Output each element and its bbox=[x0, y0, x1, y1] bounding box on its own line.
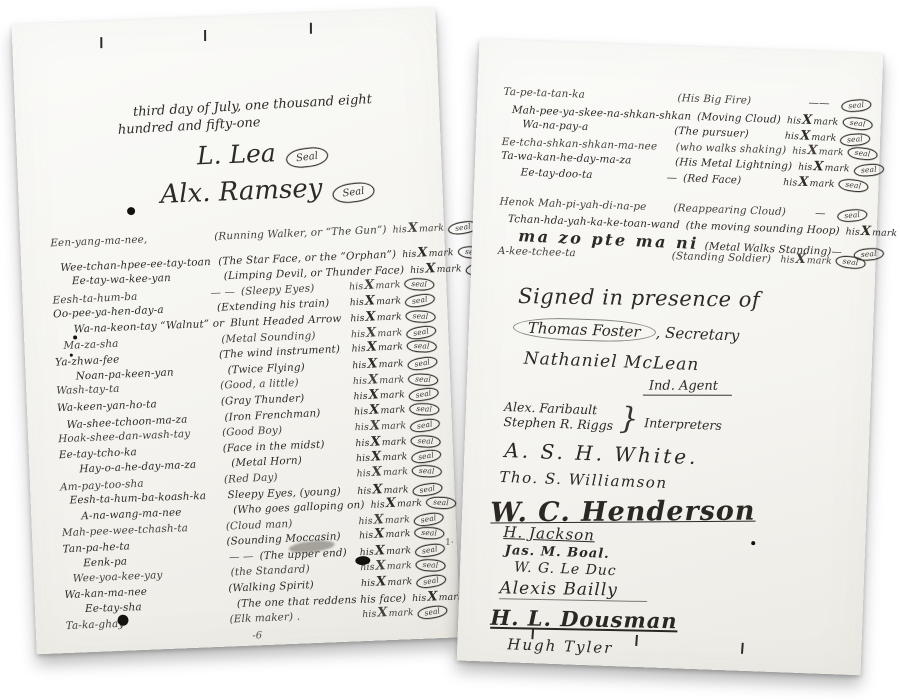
x-mark: X bbox=[367, 387, 380, 402]
margin-mark: 1· bbox=[445, 538, 454, 555]
his-word: his bbox=[402, 248, 417, 260]
mark-word: mark bbox=[377, 327, 402, 339]
x-mark: X bbox=[406, 221, 419, 236]
signer-translation: (Running Walker, or “The Gun”) bbox=[214, 224, 387, 243]
witness-secretary: Thomas Foster, Secretary bbox=[513, 318, 863, 349]
mark-word: mark bbox=[385, 528, 411, 540]
x-mark: X bbox=[372, 512, 385, 527]
dash-mark: — — bbox=[229, 550, 254, 563]
his-word: his bbox=[352, 360, 367, 372]
mark-word: mark bbox=[388, 607, 413, 619]
mark-word: mark bbox=[383, 466, 409, 478]
mark-word: mark bbox=[428, 247, 453, 259]
his-word: his bbox=[358, 515, 373, 527]
seal-text: seal bbox=[860, 165, 876, 175]
interpreter-name: Stephen R. Riggs bbox=[503, 414, 613, 433]
signer-name: Een-yang-ma-nee, bbox=[50, 231, 208, 249]
interpreter-names: Alex. Faribault Stephen R. Riggs bbox=[503, 399, 614, 433]
attestation-heading: Signed in presence of bbox=[518, 284, 864, 313]
x-mark: X bbox=[370, 450, 383, 465]
signer-translation: (who walks shaking) bbox=[676, 141, 787, 156]
signer-name: Ee-tay-sha bbox=[85, 598, 231, 615]
signer-translation: (Elk maker) . bbox=[229, 609, 356, 626]
mark-word: mark bbox=[385, 514, 410, 526]
seal-stamp: seal bbox=[835, 255, 866, 270]
signature-name: L. Lea bbox=[196, 138, 276, 170]
seal-text: seal bbox=[424, 606, 441, 617]
seal-text: seal bbox=[433, 498, 449, 508]
seal-stamp: Seal bbox=[332, 181, 376, 205]
his-word: his bbox=[785, 131, 800, 143]
signer-translation: Sleepy Eyes, (young) bbox=[227, 485, 351, 501]
seal-text: seal bbox=[414, 341, 430, 351]
dash-mark: — — bbox=[210, 286, 235, 299]
mark-word: mark bbox=[397, 498, 422, 510]
mark-word: mark bbox=[807, 255, 832, 267]
seal-stamp: seal bbox=[842, 116, 873, 132]
signer-translation: (Good, a little) bbox=[220, 376, 347, 392]
his-word: his bbox=[353, 376, 368, 387]
his-word: his bbox=[355, 422, 370, 434]
witness-role: , Secretary bbox=[655, 323, 739, 344]
x-mark: X bbox=[370, 464, 383, 480]
signer-translation: (Moving Cloud) bbox=[697, 110, 781, 125]
mark-word: mark bbox=[419, 223, 444, 235]
seal-stamp: Seal bbox=[285, 145, 329, 169]
seal-text: seal bbox=[842, 257, 859, 268]
mark-word: mark bbox=[382, 436, 407, 448]
seal-text: seal bbox=[454, 222, 471, 233]
his-word: his bbox=[792, 145, 807, 156]
mark-word: mark bbox=[380, 404, 406, 416]
x-mark: X bbox=[799, 128, 812, 144]
x-mark: X bbox=[367, 373, 380, 388]
his-word: his bbox=[350, 297, 365, 309]
seal-stamp: seal bbox=[426, 496, 456, 509]
seal-text: seal bbox=[421, 528, 437, 538]
mark-word: mark bbox=[813, 116, 838, 128]
dash-mark: — bbox=[666, 172, 677, 184]
x-mark: X bbox=[369, 434, 382, 449]
seal-text: seal bbox=[421, 544, 438, 555]
right-page-content: 1· Ta-pe-ta-tan-ka (His Big Fire) —— sea… bbox=[457, 39, 883, 666]
his-word: his bbox=[798, 162, 813, 174]
seal-text: seal bbox=[413, 326, 430, 337]
his-word: his bbox=[356, 453, 371, 465]
signer-name: Henok Mah-pi-yah-di-na-pe bbox=[499, 195, 667, 213]
tail-dash-mark: —— bbox=[808, 97, 830, 110]
witness-signature: Hugh Tyler bbox=[507, 635, 851, 666]
signer-list-left: Een-yang-ma-nee, (Running Walker, or “Th… bbox=[50, 220, 448, 634]
x-mark: X bbox=[365, 340, 378, 356]
x-mark: X bbox=[806, 143, 819, 158]
witness-name: H. L. Dousman bbox=[490, 605, 678, 634]
seal-stamp: seal bbox=[416, 559, 446, 572]
seal-text: seal bbox=[423, 560, 439, 570]
his-word: his bbox=[356, 468, 371, 480]
his-word: his bbox=[783, 177, 798, 189]
his-word: his bbox=[361, 578, 376, 590]
registration-tick bbox=[204, 30, 206, 41]
interpreters-role: Interpreters bbox=[644, 409, 722, 433]
brace-glyph: } bbox=[619, 401, 639, 437]
tail-dash-mark: — bbox=[815, 207, 826, 219]
mark-word: mark bbox=[872, 227, 897, 239]
seal-stamp: seal bbox=[409, 402, 439, 415]
x-mark: X bbox=[812, 159, 825, 174]
seal-text: seal bbox=[416, 419, 433, 430]
mark-word: mark bbox=[378, 341, 404, 353]
witness-name: Alexis Bailly bbox=[499, 578, 618, 600]
signer-translation: (Standing Soldier) bbox=[672, 250, 775, 265]
x-mark: X bbox=[373, 527, 386, 543]
his-word: his bbox=[780, 255, 795, 266]
x-mark: X bbox=[365, 325, 378, 340]
mark-word: mark bbox=[376, 296, 401, 308]
seal-stamp: seal bbox=[837, 208, 868, 222]
signer-list-right-group2: Henok Mah-pi-yah-di-na-pe (Reappearing C… bbox=[498, 195, 868, 271]
seal-stamp: seal bbox=[408, 373, 438, 387]
registration-tick bbox=[100, 37, 102, 48]
seal-text: seal bbox=[845, 180, 862, 191]
x-mark: X bbox=[794, 252, 807, 267]
witness-signature: H. L. Dousman bbox=[490, 605, 852, 637]
seal-text: seal bbox=[423, 575, 440, 586]
x-mark: X bbox=[363, 277, 376, 293]
mark-word: mark bbox=[379, 375, 404, 387]
x-mark: X bbox=[371, 482, 384, 497]
seal-stamp: seal bbox=[411, 435, 441, 448]
x-mark: X bbox=[375, 574, 388, 589]
x-mark: X bbox=[368, 402, 381, 418]
mark-word: mark bbox=[824, 163, 849, 175]
x-mark: X bbox=[801, 112, 814, 127]
seal-stamp: seal bbox=[407, 340, 437, 353]
his-word: his bbox=[359, 530, 374, 542]
treaty-page-left: third day of July, one thousand eight hu… bbox=[12, 8, 461, 655]
seal-text: seal bbox=[414, 357, 431, 368]
x-mark: X bbox=[374, 559, 387, 574]
his-word: his bbox=[357, 485, 372, 496]
seal-text: Seal bbox=[295, 151, 318, 165]
witness-signature: Alexis Bailly bbox=[499, 578, 648, 602]
mark-word: mark bbox=[381, 420, 406, 432]
seal-text: seal bbox=[415, 388, 432, 399]
x-mark: X bbox=[369, 418, 382, 433]
x-mark: X bbox=[364, 309, 377, 324]
witness-signature-list: A. S. H. White. Tho. S. Williamson W. C.… bbox=[483, 437, 859, 665]
x-mark: X bbox=[797, 175, 810, 190]
mark-word: mark bbox=[819, 146, 844, 158]
x-mark: X bbox=[426, 589, 439, 604]
photo-of-treaty-pages: third day of July, one thousand eight hu… bbox=[0, 0, 900, 700]
seal-text: seal bbox=[844, 209, 860, 219]
x-mark: X bbox=[366, 356, 379, 371]
witness-name: Tho. S. Williamson bbox=[499, 468, 668, 492]
seal-text: seal bbox=[411, 295, 428, 306]
seal-stamp: seal bbox=[404, 278, 434, 291]
closing-date-line: third day of July, one thousand eight hu… bbox=[133, 88, 428, 138]
signer-name: A-kee-tchee-ta bbox=[498, 245, 666, 262]
signer-name: Ta-ka-ghay bbox=[65, 614, 223, 632]
witness-name: A. S. H. White. bbox=[504, 438, 699, 469]
seal-text: seal bbox=[419, 483, 436, 494]
seal-stamp: seal bbox=[406, 310, 436, 323]
mark-word: mark bbox=[382, 452, 407, 464]
x-mark: X bbox=[364, 294, 377, 309]
seal-text: seal bbox=[847, 134, 863, 144]
seal-stamp: seal bbox=[847, 146, 878, 161]
signer-translation: (Sleepy Eyes) bbox=[241, 281, 344, 298]
his-word: his bbox=[392, 224, 407, 236]
seal-text: seal bbox=[419, 466, 435, 476]
seal-stamp: seal bbox=[416, 573, 447, 590]
commissioner-signatures: L. LeaSeal Alx. RamseySeal bbox=[46, 132, 431, 223]
interpreters-block: Alex. Faribault Stephen R. Riggs } Inter… bbox=[503, 397, 860, 445]
treaty-page-right: 1· Ta-pe-ta-tan-ka (His Big Fire) —— sea… bbox=[457, 39, 884, 675]
seal-text: seal bbox=[416, 404, 432, 414]
signature-name: Alx. Ramsey bbox=[160, 173, 323, 209]
his-word: his bbox=[370, 499, 385, 511]
seal-text: Seal bbox=[342, 186, 365, 200]
x-mark: X bbox=[416, 245, 429, 260]
seal-stamp: seal bbox=[417, 604, 448, 621]
seal-stamp: seal bbox=[414, 527, 444, 540]
signer-list-right-group1: Ta-pe-ta-tan-ka (His Big Fire) —— seal M… bbox=[500, 86, 871, 193]
seal-text: seal bbox=[418, 451, 435, 462]
seal-text: seal bbox=[413, 311, 429, 321]
signer-translation: (Reappearing Cloud) bbox=[673, 202, 815, 219]
his-word: his bbox=[354, 405, 369, 417]
his-word: his bbox=[355, 437, 370, 449]
witness-name: Thomas Foster bbox=[513, 316, 656, 343]
seal-text: seal bbox=[411, 279, 427, 289]
seal-text: seal bbox=[420, 513, 437, 524]
signer-translation: (His Big Fire) bbox=[677, 92, 808, 109]
x-mark: X bbox=[860, 224, 873, 239]
mark-word: mark bbox=[809, 178, 834, 190]
signer-name: Eesh-ta-hum-ba-koash-ka bbox=[69, 489, 221, 506]
x-mark: X bbox=[374, 543, 387, 558]
x-mark: X bbox=[376, 605, 389, 620]
his-word: his bbox=[349, 281, 364, 293]
seal-stamp: seal bbox=[838, 178, 869, 194]
signer-name: Ee-tcha-shkan-shkan-ma-nee bbox=[502, 136, 670, 153]
signer-name: Wa-na-pay-a bbox=[522, 118, 668, 136]
his-word: his bbox=[846, 227, 861, 239]
his-word: his bbox=[412, 592, 427, 603]
seal-stamp: seal bbox=[853, 163, 884, 177]
seal-text: seal bbox=[848, 100, 864, 110]
mark-word: mark bbox=[386, 545, 411, 557]
attestation-section: Signed in presence of Thomas Foster, Sec… bbox=[483, 280, 864, 666]
mark-word: mark bbox=[380, 389, 405, 401]
mark-word: mark bbox=[378, 358, 403, 370]
signer-name: Ee-tay-doo-ta bbox=[520, 166, 666, 183]
signer-name: Ta-pe-ta-tan-ka bbox=[503, 86, 671, 104]
seal-stamp: seal bbox=[412, 465, 442, 478]
mark-word: mark bbox=[375, 279, 401, 291]
his-word: his bbox=[350, 313, 365, 325]
his-word: his bbox=[787, 115, 802, 127]
mark-word: mark bbox=[377, 311, 402, 323]
witness-name: W. C. Henderson bbox=[490, 496, 755, 529]
seal-stamp: seal bbox=[841, 98, 872, 112]
seal-text: seal bbox=[849, 117, 866, 128]
witness-signature: W. C. Henderson bbox=[490, 495, 856, 529]
left-page-content: third day of July, one thousand eight hu… bbox=[12, 8, 461, 650]
his-word: his bbox=[351, 328, 366, 340]
his-word: his bbox=[362, 609, 377, 621]
registration-tick bbox=[310, 23, 312, 34]
signer-translation: (Red Face) bbox=[683, 172, 778, 187]
seal-stamp: seal bbox=[412, 481, 443, 497]
mark-word: mark bbox=[387, 561, 412, 573]
seal-text: seal bbox=[418, 436, 434, 446]
his-word: his bbox=[351, 343, 366, 355]
seal-text: seal bbox=[854, 148, 871, 159]
witness-name: Hugh Tyler bbox=[507, 635, 614, 657]
mark-word: mark bbox=[436, 264, 461, 276]
seal-stamp: seal bbox=[407, 355, 438, 372]
x-mark: X bbox=[384, 496, 397, 511]
witness-name: W. G. Le Duc bbox=[514, 559, 617, 579]
his-word: his bbox=[353, 391, 368, 403]
seal-text: seal bbox=[415, 375, 431, 385]
mark-word: mark bbox=[387, 576, 412, 588]
mark-word: mark bbox=[384, 484, 409, 496]
